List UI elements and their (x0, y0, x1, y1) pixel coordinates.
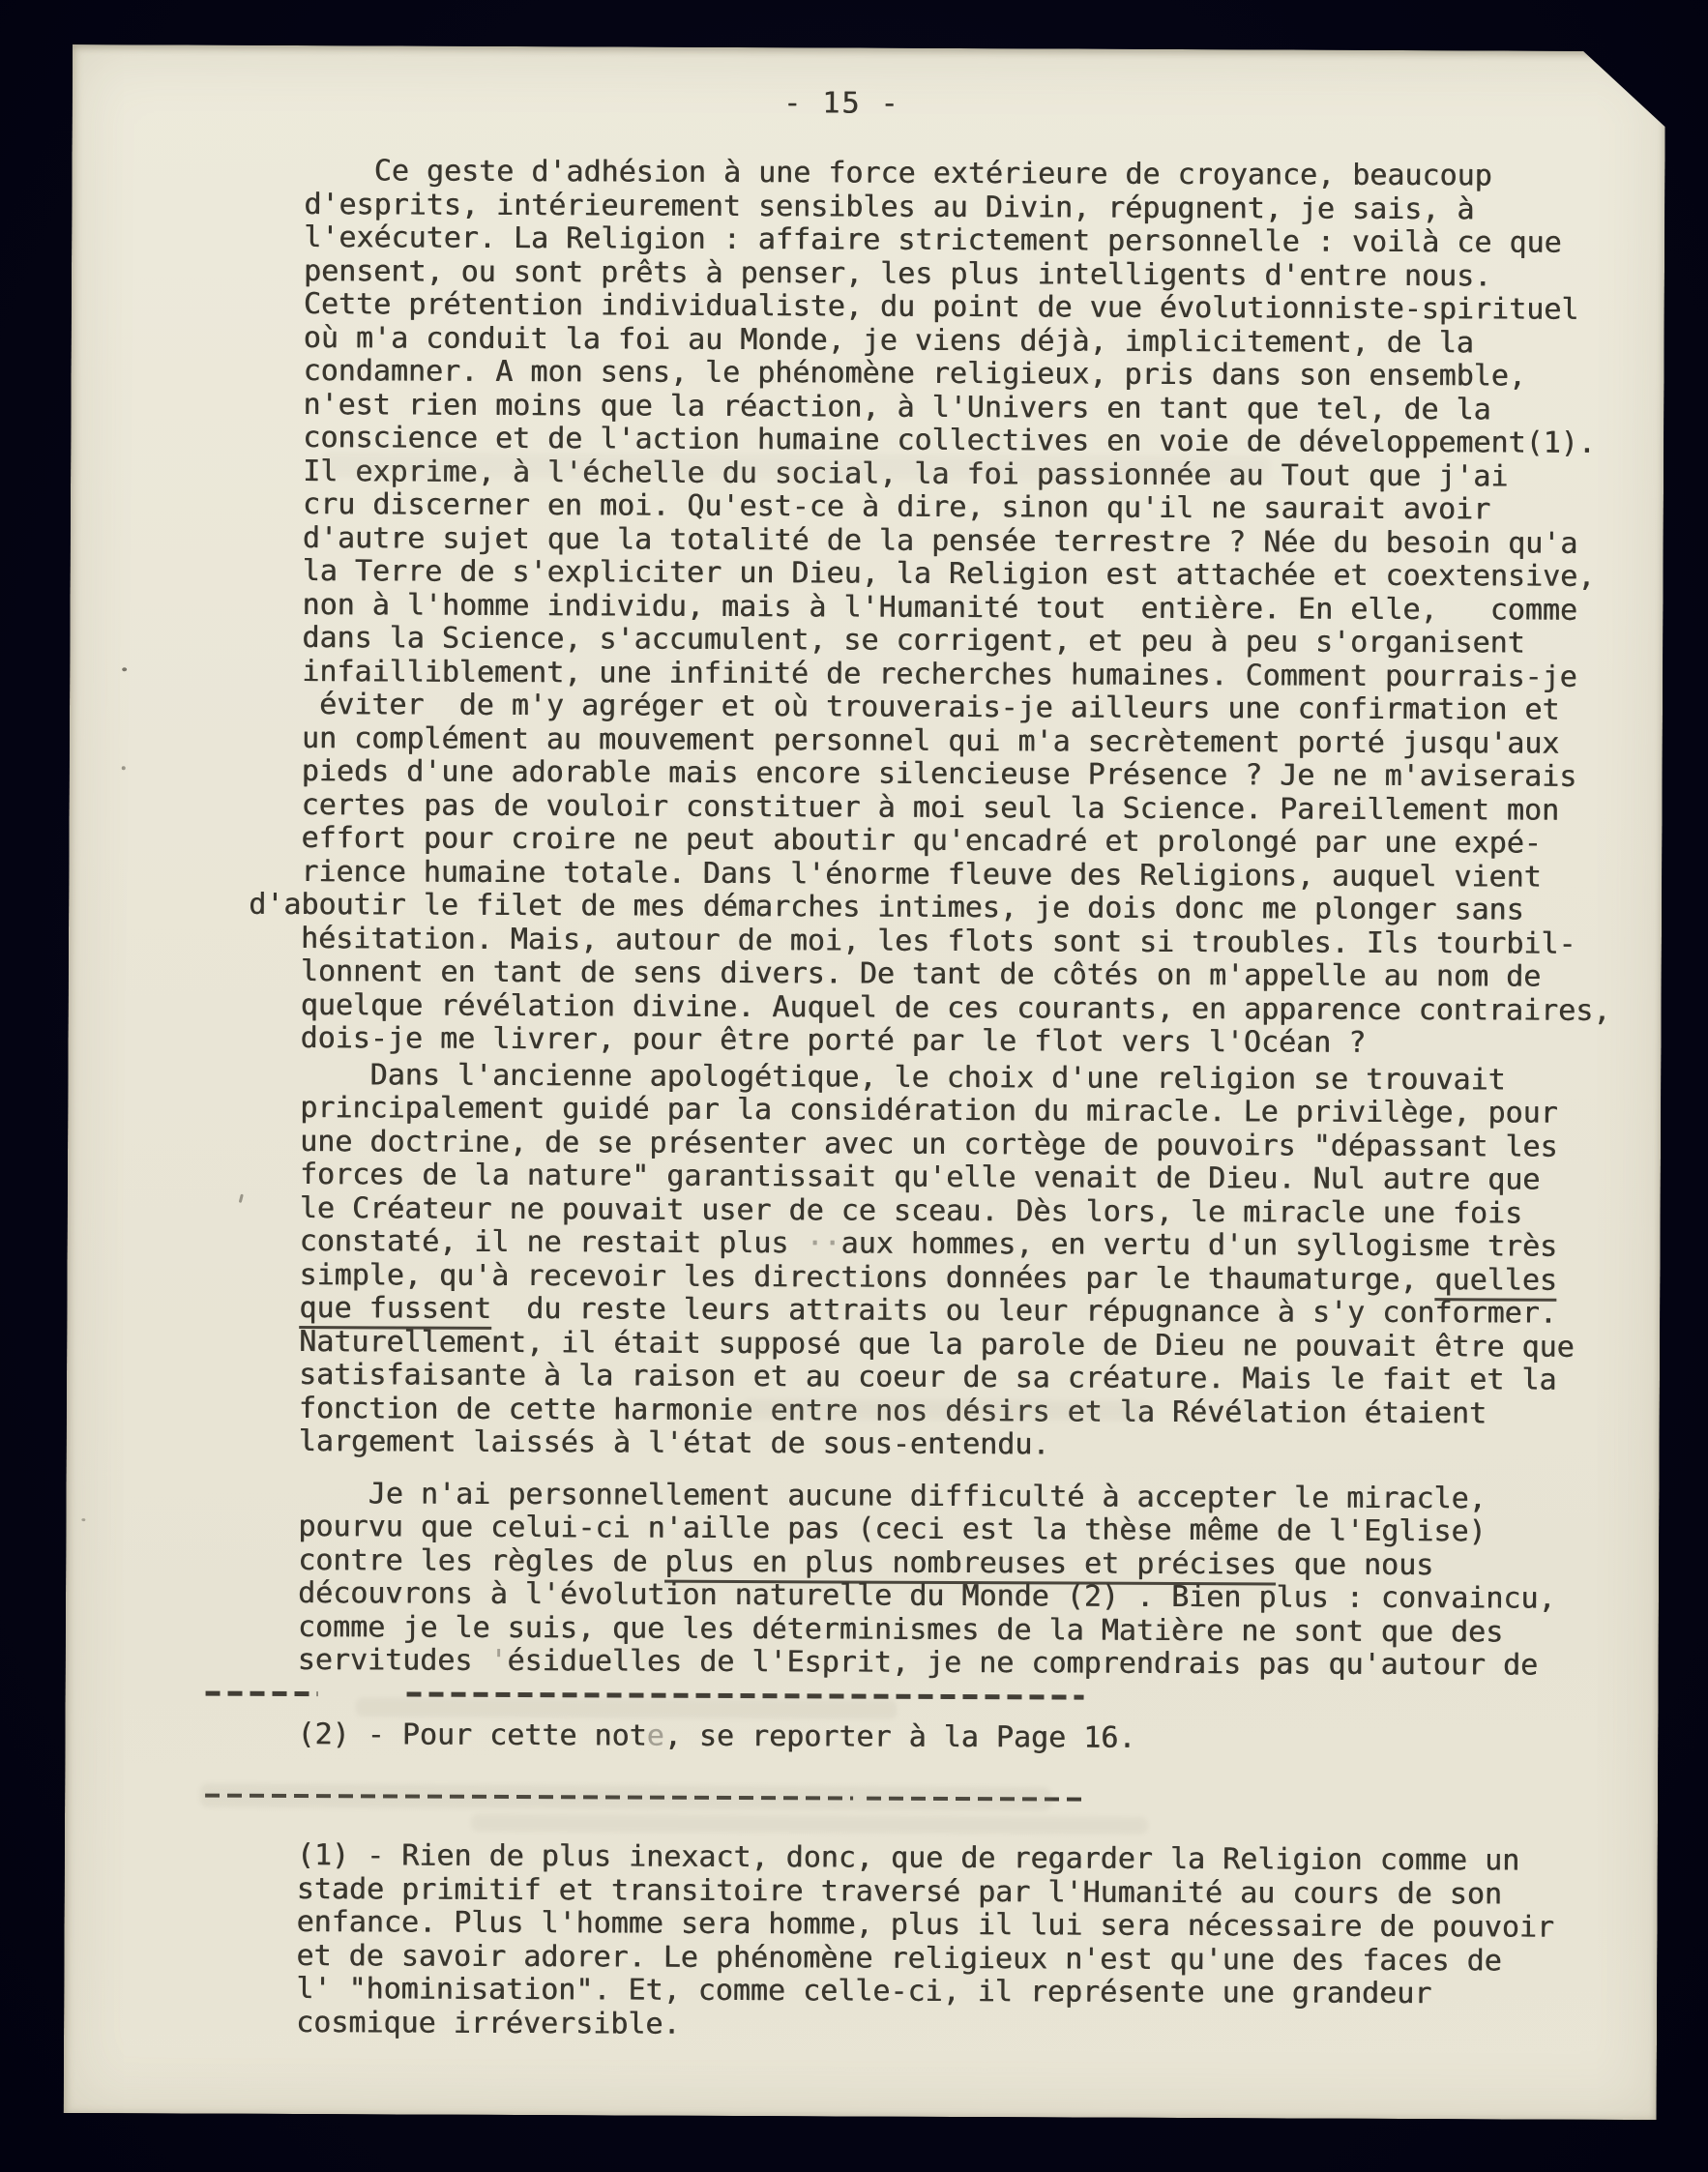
footnote-1: (1) - Rien de plus inexact, donc, que de… (296, 1839, 1658, 2045)
page-body: Ce geste d'adhésion à une force extérieu… (64, 154, 1664, 2045)
bleed-through (471, 1814, 1148, 1834)
dash-segment (206, 1691, 318, 1696)
ink-speck (122, 766, 126, 770)
footnote-2: (2) - Pour cette note, se reporter à la … (297, 1718, 1658, 1758)
page-number: - 15 - (45, 83, 1638, 124)
ink-speck (122, 667, 127, 671)
paragraph: Ce geste d'adhésion à une force extérieu… (300, 155, 1664, 1062)
text-line: cosmique irréversible. (296, 2007, 1657, 2046)
paragraph: Je n'ai personnellement aucune difficult… (298, 1478, 1660, 1684)
text-line: (2) - Pour cette note, se reporter à la … (297, 1718, 1658, 1758)
text-line: largement laissés à l'état de sous-enten… (299, 1425, 1660, 1465)
scan-background: - 15 - Ce geste d'adhésion à une force e… (0, 0, 1708, 2172)
bleed-through (322, 452, 1270, 481)
ink-speck (81, 1518, 85, 1521)
text-line: servitudes 'ésiduelles de l'Esprit, je n… (298, 1644, 1659, 1684)
bleed-through (355, 1697, 897, 1718)
text-line: dois-je me livrer, pour être porté par l… (300, 1022, 1661, 1062)
scanned-document-page: - 15 - Ce geste d'adhésion à une force e… (64, 44, 1665, 2120)
bleed-through (200, 1784, 1051, 1811)
bleed-through (744, 1399, 1150, 1421)
